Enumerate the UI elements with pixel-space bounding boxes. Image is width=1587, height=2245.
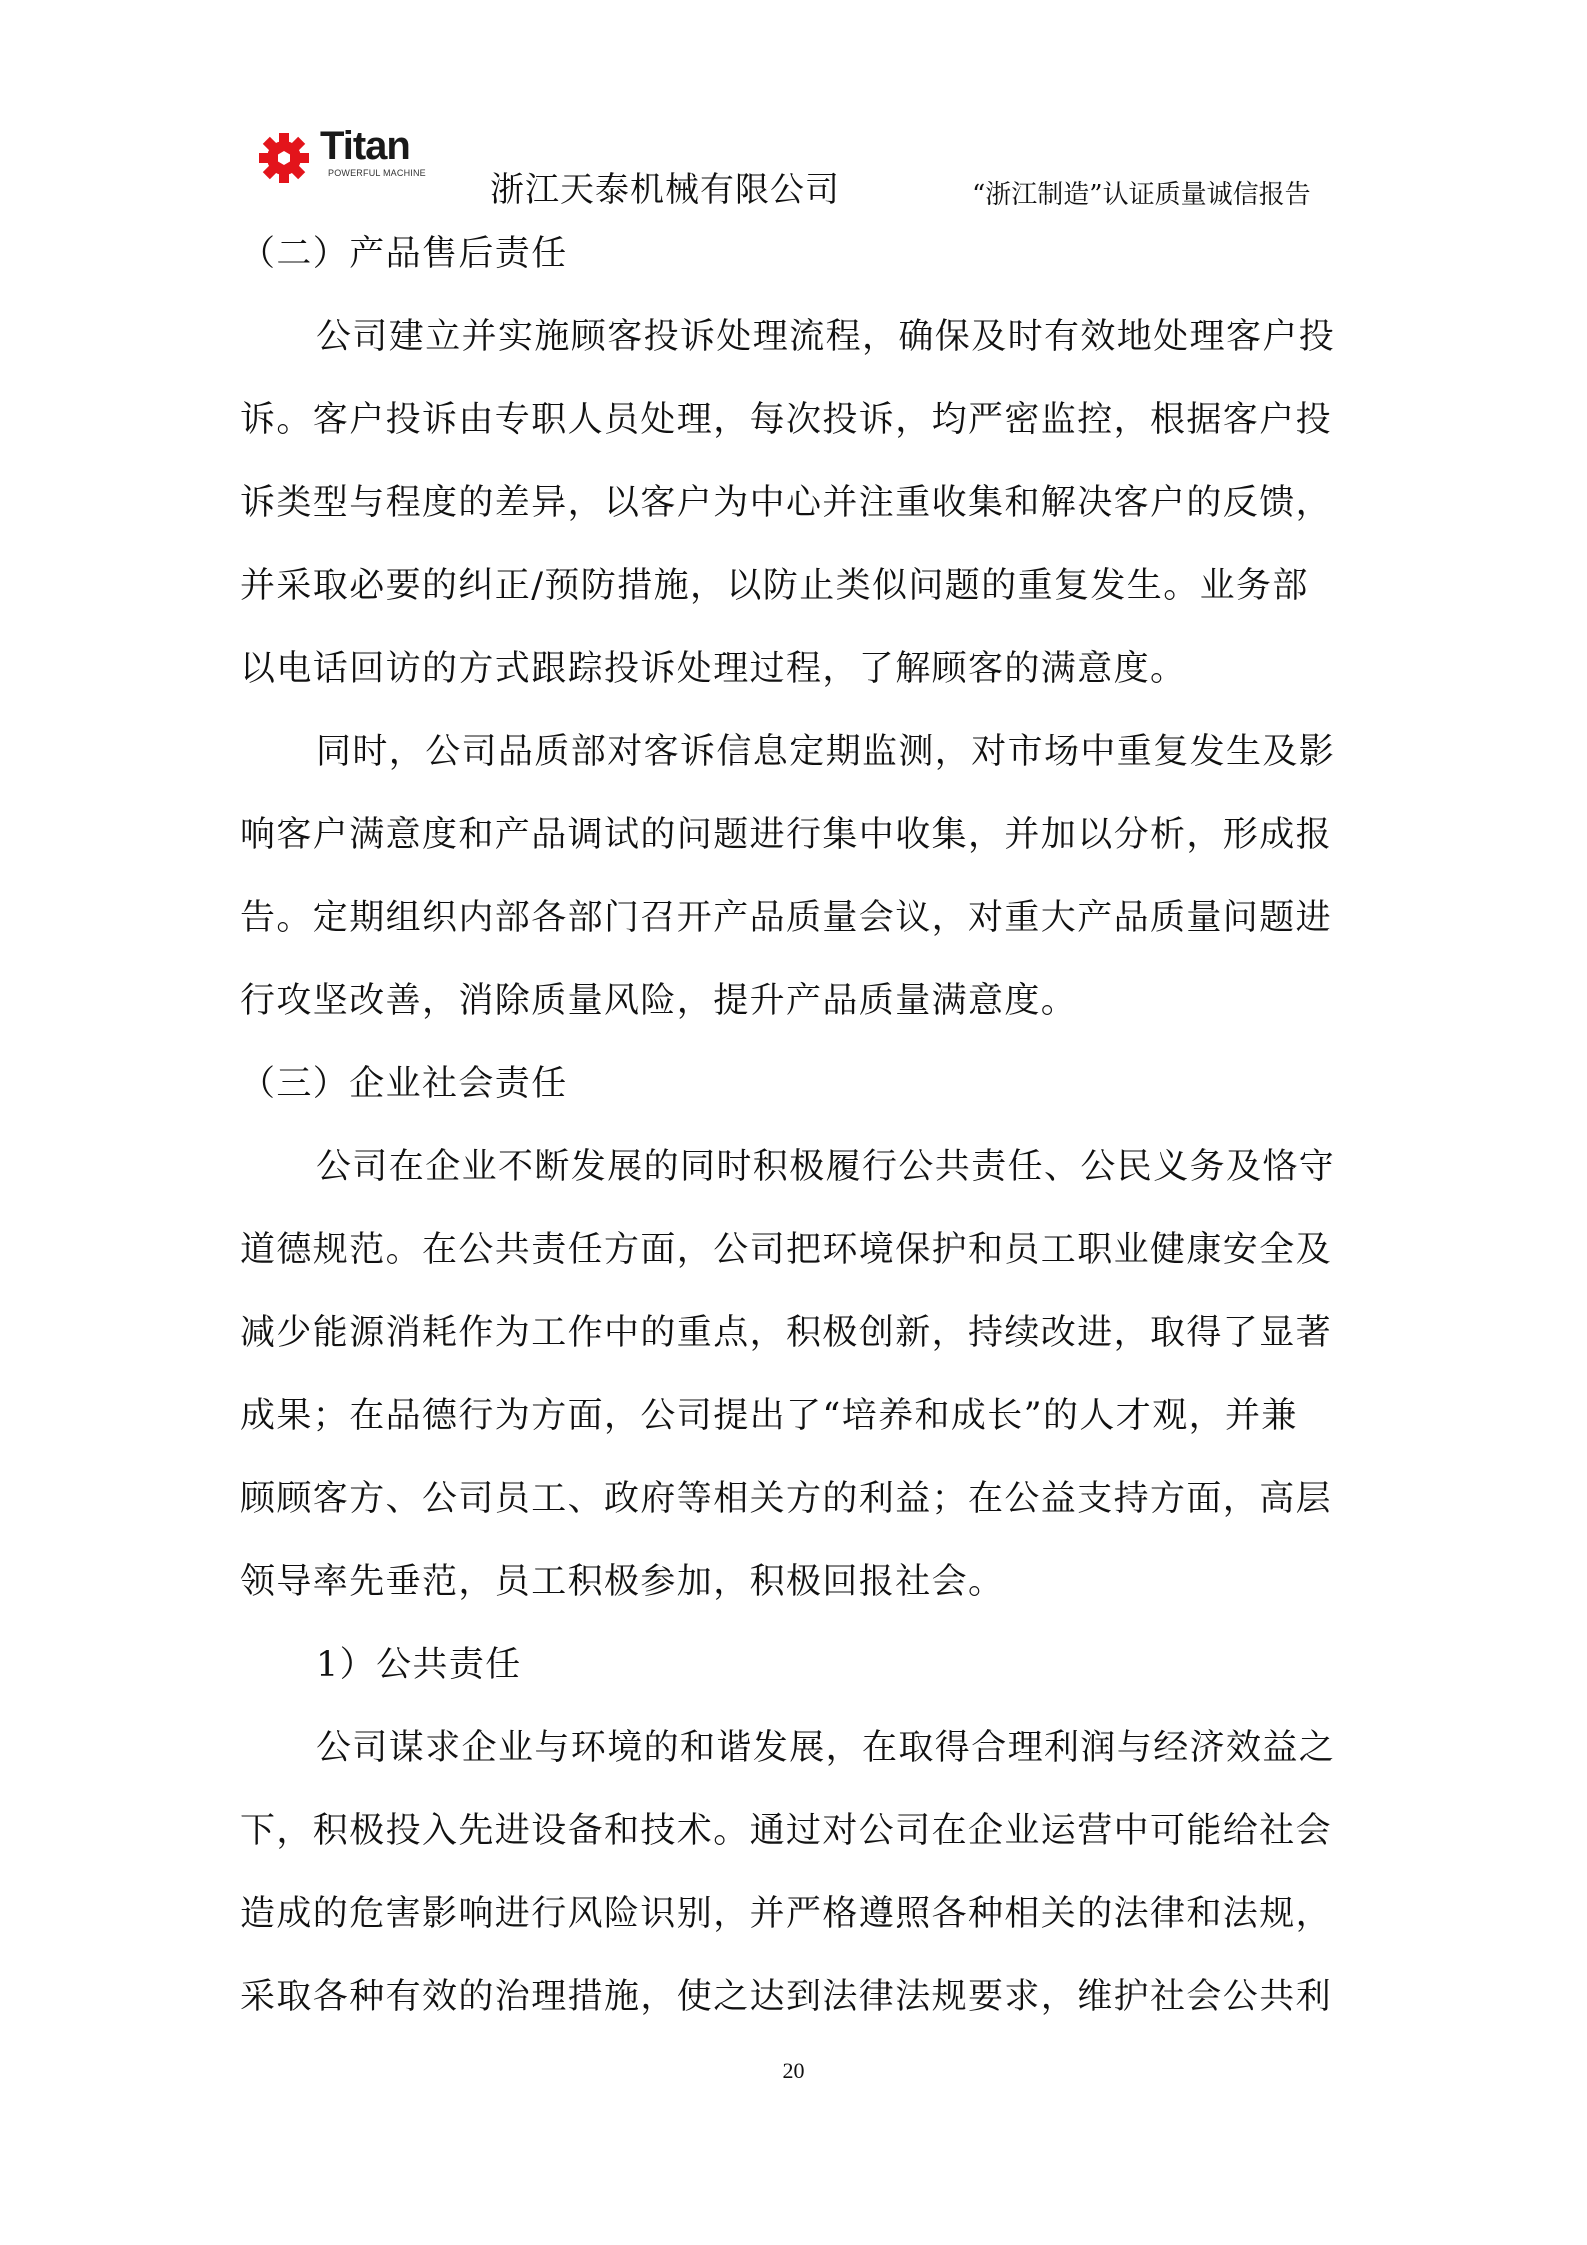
paragraph-line: 道德规范。在公共责任方面，公司把环境保护和员工职业健康安全及 (240, 1222, 1352, 1305)
paragraph-line: 顾顾客方、公司员工、政府等相关方的利益；在公益支持方面，高层 (240, 1471, 1352, 1554)
paragraph-line: 并采取必要的纠正/预防措施，以防止类似问题的重复发生。业务部 (240, 558, 1352, 641)
logo-brand: Titan (320, 124, 410, 169)
company-name: 浙江天泰机械有限公司 (490, 162, 840, 211)
paragraph-line: 公司谋求企业与环境的和谐发展，在取得合理利润与经济效益之 (240, 1720, 1352, 1803)
paragraph-line: 诉类型与程度的差异，以客户为中心并注重收集和解决客户的反馈， (240, 475, 1352, 558)
paragraph-line: 减少能源消耗作为工作中的重点，积极创新，持续改进，取得了显著 (240, 1305, 1352, 1388)
gear-icon (258, 132, 310, 184)
paragraph-line: 领导率先垂范，员工积极参加，积极回报社会。 (240, 1554, 1352, 1637)
section-heading: （二）产品售后责任 (240, 226, 1352, 309)
paragraph-line: 行攻坚改善，消除质量风险，提升产品质量满意度。 (240, 973, 1352, 1056)
logo-tagline: POWERFUL MACHINE (328, 168, 426, 178)
paragraph-line: 以电话回访的方式跟踪投诉处理过程，了解顾客的满意度。 (240, 641, 1352, 724)
paragraph-line: 下，积极投入先进设备和技术。通过对公司在企业运营中可能给社会 (240, 1803, 1352, 1886)
paragraph-line: 同时，公司品质部对客诉信息定期监测，对市场中重复发生及影 (240, 724, 1352, 807)
report-title: “浙江制造”认证质量诚信报告 (972, 174, 1311, 211)
company-logo: Titan POWERFUL MACHINE (258, 130, 438, 186)
paragraph-line: 公司在企业不断发展的同时积极履行公共责任、公民义务及恪守 (240, 1139, 1352, 1222)
section-heading: （三）企业社会责任 (240, 1056, 1352, 1139)
paragraph-line: 公司建立并实施顾客投诉处理流程，确保及时有效地处理客户投 (240, 309, 1352, 392)
paragraph-line: 诉。客户投诉由专职人员处理，每次投诉，均严密监控，根据客户投 (240, 392, 1352, 475)
paragraph-line: 造成的危害影响进行风险识别，并严格遵照各种相关的法律和法规， (240, 1886, 1352, 1969)
paragraph-line: 告。定期组织内部各部门召开产品质量会议，对重大产品质量问题进 (240, 890, 1352, 973)
paragraph-line: 响客户满意度和产品调试的问题进行集中收集，并加以分析，形成报 (240, 807, 1352, 890)
paragraph-line: 采取各种有效的治理措施，使之达到法律法规要求，维护社会公共利 (240, 1969, 1352, 2052)
page-number: 20 (0, 2058, 1587, 2084)
document-body: （二）产品售后责任 公司建立并实施顾客投诉处理流程，确保及时有效地处理客户投 诉… (240, 226, 1352, 2052)
subsection-heading: 1）公共责任 (240, 1637, 1352, 1720)
paragraph-line: 成果；在品德行为方面，公司提出了“培养和成长”的人才观，并兼 (240, 1388, 1352, 1471)
